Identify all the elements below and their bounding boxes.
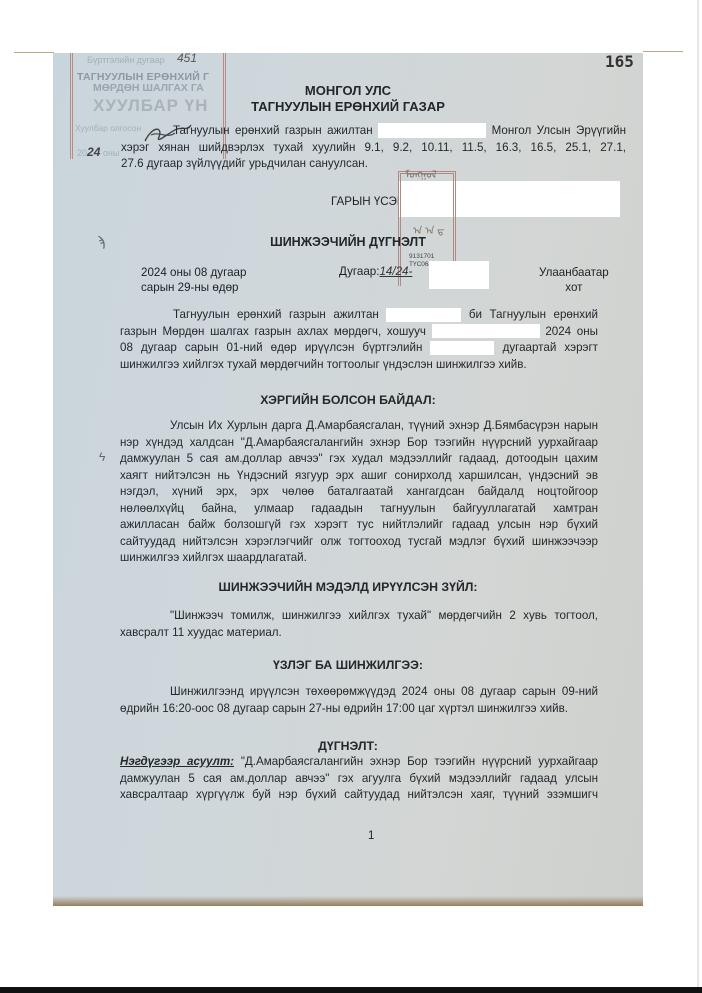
signature-label: ГАРЫН ҮСЭГ bbox=[331, 195, 403, 208]
redaction-box bbox=[430, 341, 494, 355]
conclusion-paragraph: Нэгдүгээр асуулт: "Д.Амарбаясгалангийн э… bbox=[120, 754, 598, 804]
margin-mark: ϟ bbox=[99, 450, 105, 464]
screen-bottom-bar bbox=[0, 987, 702, 993]
section-heading-conclusion: ДҮГНЭЛТ: bbox=[53, 739, 643, 753]
materials-paragraph: "Шинжээч томилж, шинжилгээ хийлгэх тухай… bbox=[120, 608, 598, 641]
document-title: ШИНЖЭЭЧИЙН ДҮГНЭЛТ bbox=[53, 235, 643, 249]
circumstances-paragraph: Улсын Их Хурлын дарга Д.Амарбаясгалан, т… bbox=[120, 418, 598, 567]
section-heading-circumstances: ХЭРГИЙН БОЛСОН БАЙДАЛ: bbox=[53, 393, 643, 407]
agency-title: ТАГНУУЛЫН ЕРӨНХИЙ ГАЗАР bbox=[53, 99, 643, 114]
redaction-box bbox=[432, 324, 540, 338]
intro-paragraph: Тагнуулын ерөнхий газрын ажилтан би Тагн… bbox=[120, 307, 598, 373]
document-page: Бүртгэлийн дугаар 451 ТАГНУУЛЫН ЕРӨНХИЙ … bbox=[53, 53, 643, 906]
redaction-box bbox=[429, 261, 489, 289]
scan-right-edge bbox=[697, 0, 699, 987]
sheet-number: 165 bbox=[605, 53, 634, 71]
scan-edge-line-right bbox=[643, 51, 683, 52]
redaction-box bbox=[386, 308, 461, 322]
seal-script-top: ᠮᠣᠩᠭᠣᠯ bbox=[405, 163, 437, 181]
stamp-handwritten-number: 451 bbox=[177, 53, 197, 65]
document-number: Дугаар:14/24- bbox=[339, 265, 412, 278]
country-title: МОНГОЛ УЛС bbox=[53, 83, 643, 98]
page-bottom-edge bbox=[53, 896, 643, 906]
question-label: Нэгдүгээр асуулт: bbox=[120, 755, 234, 768]
redaction-box bbox=[378, 123, 486, 138]
stamp-year: 2024 оны bbox=[77, 145, 119, 159]
section-heading-materials: ШИНЖЭЭЧИЙН МЭДЭЛД ИРҮҮЛСЭН ЗҮЙЛ: bbox=[53, 580, 643, 594]
stamp-registration-label: Бүртгэлийн дугаар bbox=[87, 55, 165, 65]
scan-edge-line-left bbox=[14, 52, 54, 53]
document-city: Улаанбаатар хот bbox=[539, 265, 609, 295]
warning-paragraph: Тагнуулын ерөнхий газрын ажилтан Монгол … bbox=[121, 123, 626, 173]
section-heading-examination: ҮЗЛЭГ БА ШИНЖИЛГЭЭ: bbox=[53, 658, 643, 672]
page-footer-number: 1 bbox=[368, 830, 374, 842]
examination-paragraph: Шинжилгээнд ирүүлсэн төхөөрөмжүүдэд 2024… bbox=[120, 684, 598, 717]
document-date: 2024 оны 08 дугаар сарын 29-ны өдөр bbox=[141, 265, 246, 295]
